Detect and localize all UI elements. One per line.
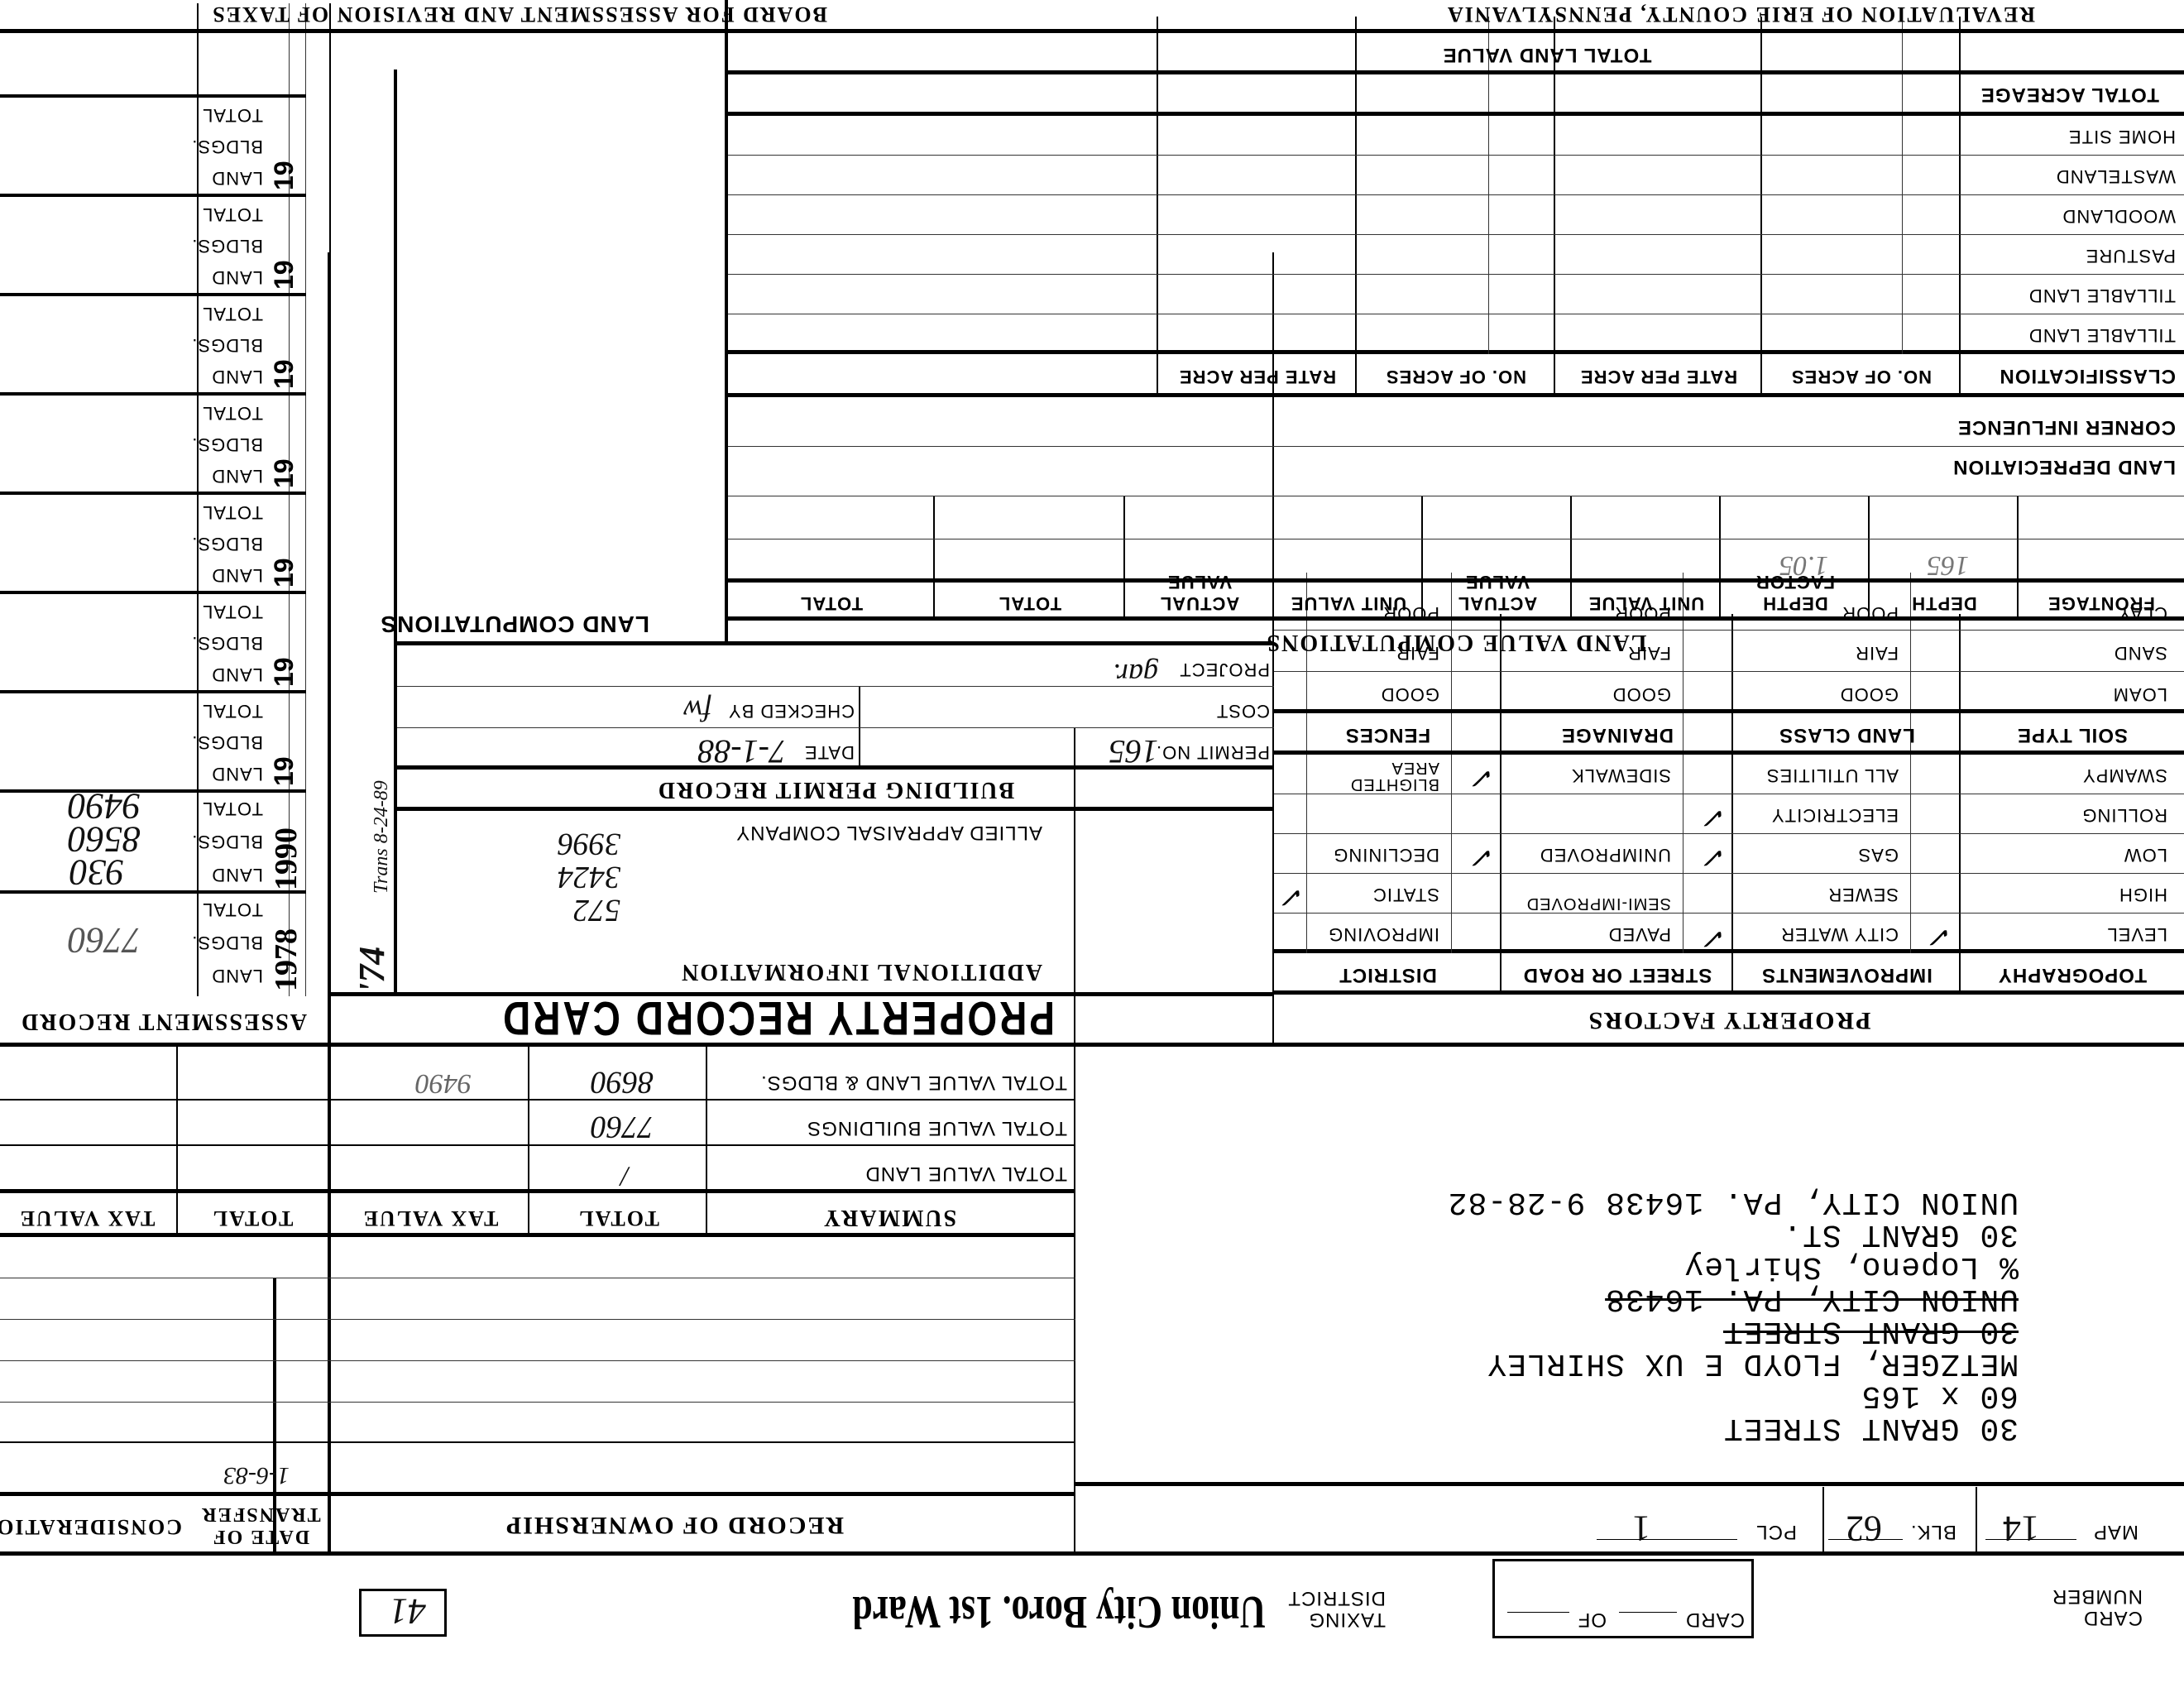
pf-all-utilities[interactable]: ALL UTILITIES (1766, 765, 1899, 786)
mailing-city: UNION CITY, PA. 16438 9-28-82 (1448, 1186, 2019, 1218)
check-mark-icon: ✓ (1275, 880, 1307, 914)
pcl-label: PCL (1755, 1520, 1797, 1543)
assessment-side-note-2: Trans 8-24-89 (335, 761, 393, 894)
permit-no-value: 165 (1109, 732, 1158, 771)
check-mark-icon: ✓ (1923, 920, 1955, 953)
card-number-label: CARD NUMBER (2043, 1585, 2143, 1628)
land-value-header-row: FRONTAGE DEPTH DEPTH FACTOR UNIT VALUE A… (728, 583, 2184, 621)
assessment-year-block: 1978 LAND BLDGS. TOTAL 7760 (0, 890, 306, 993)
permit-cost-label: COST (1216, 700, 1270, 722)
district-code: 41 (390, 1590, 426, 1633)
pf-header-improvements: IMPROVEMENTS (1733, 963, 1961, 986)
classification-header: CLASSIFICATION (1999, 364, 2176, 387)
address-line-1: 30 GRANT STREET (1723, 1412, 2019, 1444)
revaluation-title: REVALUATION OF ERIE COUNTY, PENNSYLVANIA (1446, 2, 2035, 26)
pf-swampy[interactable]: SWAMPY (2082, 765, 2167, 786)
check-mark-icon: ✓ (1697, 801, 1729, 834)
pf-improving[interactable]: IMPROVING (1328, 923, 1439, 945)
pf-level[interactable]: LEVEL (2107, 923, 2168, 945)
pf-blighted-area[interactable]: BLIGHTED AREA (1315, 760, 1439, 793)
date-of-transfer-header: DATE OF TRANSFER (194, 1503, 327, 1547)
pf-header-district: DISTRICT (1274, 963, 1501, 986)
pf-low[interactable]: LOW (2124, 844, 2167, 866)
class-total-acreage: TOTAL ACREAGE (1980, 83, 2159, 106)
summary-tax-value-header-2: TAX VALUE (0, 1206, 174, 1230)
project-value: gar. (1113, 657, 1158, 692)
total-land-value-label: TOTAL LAND VALUE (1133, 43, 1961, 66)
check-mark-icon: ✓ (1465, 761, 1497, 794)
pf-fences-good[interactable]: GOOD (1381, 683, 1439, 705)
pf-header-soil-type: SOIL TYPE (1961, 723, 2184, 746)
owner-name: METZGER, FLOYD E UX SHIRLEY (1487, 1347, 2019, 1379)
pf-sewer[interactable]: SEWER (1827, 884, 1899, 905)
additional-notes: 572 3424 3996 (558, 827, 620, 927)
building-permit-title: BUILDING PERMIT RECORD (397, 776, 1274, 803)
pf-city-water[interactable]: CITY WATER (1780, 923, 1899, 945)
pf-high[interactable]: HIGH (2119, 884, 2167, 905)
summary-row-combined-label: TOTAL VALUE LAND & BLDGS. (760, 1071, 1067, 1094)
card-of-box[interactable]: CARD OF (1492, 1559, 1754, 1638)
assessment-year-block: 19 LAND BLDGS. TOTAL (0, 591, 306, 692)
card-label: CARD (1685, 1608, 1745, 1631)
transfer-date-1: 1-6-83 (223, 1461, 290, 1489)
permit-date-value: 7-1-88 (697, 732, 786, 771)
blk-label: BLK. (1910, 1520, 1956, 1543)
summary-row-land-label: TOTAL VALUE LAND (864, 1162, 1067, 1185)
summary-header: SUMMARY (707, 1204, 1071, 1230)
checked-by-value: fw (683, 693, 711, 728)
map-value: 14 (2003, 1508, 2039, 1550)
old-address-city: UNION CITY, PA. 16438 (1605, 1283, 2019, 1315)
pf-sidewalk[interactable]: SIDEWALK (1571, 765, 1671, 786)
mailing-street: 30 GRANT ST. (1782, 1218, 2019, 1250)
assessment-record-table: 1978 LAND BLDGS. TOTAL 7760 1990 LAND BL… (0, 83, 331, 993)
pf-static[interactable]: STATIC (1372, 884, 1439, 905)
assessment-year-block: 19 LAND BLDGS. TOTAL (0, 194, 306, 295)
assessment-total-value: 9490 (68, 785, 141, 827)
class-pasture: PASTURE (2086, 245, 2176, 266)
summary-row-combined-tax-value: 9490 (415, 1067, 472, 1099)
pf-header-street: STREET OR ROAD (1501, 963, 1733, 986)
assessment-side-note-1: '74 (335, 894, 393, 993)
assessment-record-title: ASSESSMENT RECORD (0, 1008, 327, 1034)
no-of-acres-header-2: NO. OF ACRES (1357, 366, 1555, 387)
assessment-year-block: 19 LAND BLDGS. TOTAL (0, 492, 306, 592)
property-record-card-title: PROPERTY RECORD CARD (323, 990, 1233, 1047)
class-tillable-land-1: TILLABLE LAND (2028, 324, 2176, 346)
assessment-year-block: 19 LAND BLDGS. TOTAL (0, 94, 306, 195)
pf-declining[interactable]: DECLINING (1333, 844, 1439, 866)
assessment-year-block: 19 LAND BLDGS. TOTAL (0, 690, 306, 791)
pf-electricity[interactable]: ELECTRICITY (1771, 804, 1899, 826)
lvc-depth-value: 165 (1927, 549, 1969, 581)
assessment-year-block: 19 LAND BLDGS. TOTAL (0, 392, 306, 493)
corner-influence-label: CORNER INFLUENCE (1957, 415, 2176, 439)
card-total-blank (1507, 1612, 1569, 1613)
property-record-card: CARD NUMBER CARD OF TAXING DISTRICT Unio… (0, 0, 2184, 1688)
class-home-site: HOME SITE (2068, 126, 2176, 147)
summary-row-land-total: / (621, 1160, 629, 1192)
summary-row-bldgs-label: TOTAL VALUE BUILDINGS (807, 1116, 1067, 1139)
lvc-depth-factor-value: 1.05 (1779, 549, 1829, 581)
parcel-id-row: MAP 14 BLK. 62 PCL 1 (1075, 1487, 2184, 1551)
pcl-value: 1 (1632, 1508, 1650, 1550)
assessment-year-block: 1990 LAND BLDGS. TOTAL 930 8560 9490 (0, 789, 306, 892)
property-factors-title: PROPERTY FACTORS (1274, 1006, 2184, 1034)
of-label: OF (1578, 1608, 1607, 1631)
pf-drainage-good[interactable]: GOOD (1612, 683, 1671, 705)
summary-tax-value-header: TAX VALUE (331, 1206, 529, 1230)
taxing-district-value: Union City Boro. 1st Ward (852, 1585, 1266, 1638)
rate-per-acre-header-2: RATE PER ACRE (1158, 366, 1357, 387)
land-depreciation-label: LAND DEPRECIATION (1952, 455, 2176, 478)
permit-no-label: PERMIT NO. (1156, 741, 1270, 763)
pf-gas[interactable]: GAS (1858, 844, 1899, 866)
summary-row-bldgs-total: 7760 (591, 1109, 654, 1145)
land-value-computations-title: LAND VALUE COMPUTATIONS (728, 629, 2184, 655)
assessment-year-block: 19 LAND BLDGS. TOTAL (0, 293, 306, 394)
record-of-ownership-title: RECORD OF OWNERSHIP (277, 1511, 1071, 1539)
address-line-2: 60 x 165 (1861, 1379, 2019, 1412)
assessment-bldgs-value: 7760 (68, 919, 141, 961)
summary-row-combined-total: 8690 (591, 1064, 654, 1101)
class-woodland: WOODLAND (2062, 205, 2176, 227)
pf-semi-improved[interactable]: SEMI-IMPROVED (1514, 895, 1671, 912)
project-label: PROJECT (1179, 659, 1270, 680)
pf-land-good[interactable]: GOOD (1840, 683, 1899, 705)
summary-total-header: TOTAL (529, 1206, 707, 1230)
check-mark-icon: ✓ (1697, 841, 1729, 874)
consideration-header: CONSIDERATION (0, 1514, 182, 1539)
pf-loam[interactable]: LOAM (2113, 683, 2167, 705)
rate-per-acre-header-1: RATE PER ACRE (1555, 366, 1762, 387)
care-of-line: % Lopeno, Shirley (1683, 1250, 2019, 1283)
checked-by-label: CHECKED BY (728, 700, 855, 722)
no-of-acres-header-1: NO. OF ACRES (1762, 366, 1961, 387)
land-computations-title: LAND COMPUTATIONS (381, 611, 650, 637)
additional-info-title: ADDITIONAL INFORMATION (680, 958, 1042, 985)
pf-rolling[interactable]: ROLLING (2081, 804, 2167, 826)
district-code-box: 41 (359, 1589, 447, 1637)
map-label: MAP (2093, 1520, 2138, 1543)
pf-header-topography: TOPOGRAPHY (1961, 963, 2184, 986)
board-title: BOARD FOR ASSESSMENT AND REVISION OF TAX… (211, 2, 827, 26)
blk-value: 62 (1846, 1508, 1882, 1550)
taxing-district-label: TAXING DISTRICT (1286, 1587, 1386, 1630)
class-tillable-land-2: TILLABLE LAND (2028, 285, 2176, 306)
pf-unimproved[interactable]: UNIMPROVED (1540, 844, 1671, 866)
permit-date-label: DATE (804, 741, 855, 763)
card-number-blank (1619, 1612, 1677, 1613)
check-mark-icon: ✓ (1465, 841, 1497, 874)
pf-paved[interactable]: PAVED (1608, 923, 1671, 945)
appraisal-company: ALLIED APPRAISAL COMPANY (735, 821, 1042, 844)
pf-header-fences: FENCES (1274, 723, 1501, 746)
class-wasteland: WASTELAND (2056, 165, 2176, 187)
pf-header-drainage: DRAINAGE (1501, 723, 1733, 746)
old-address-street: 30 GRANT STREET (1723, 1315, 2019, 1347)
pf-header-land-class: LAND CLASS (1733, 723, 1961, 746)
summary-total-header-2: TOTAL (178, 1206, 327, 1230)
